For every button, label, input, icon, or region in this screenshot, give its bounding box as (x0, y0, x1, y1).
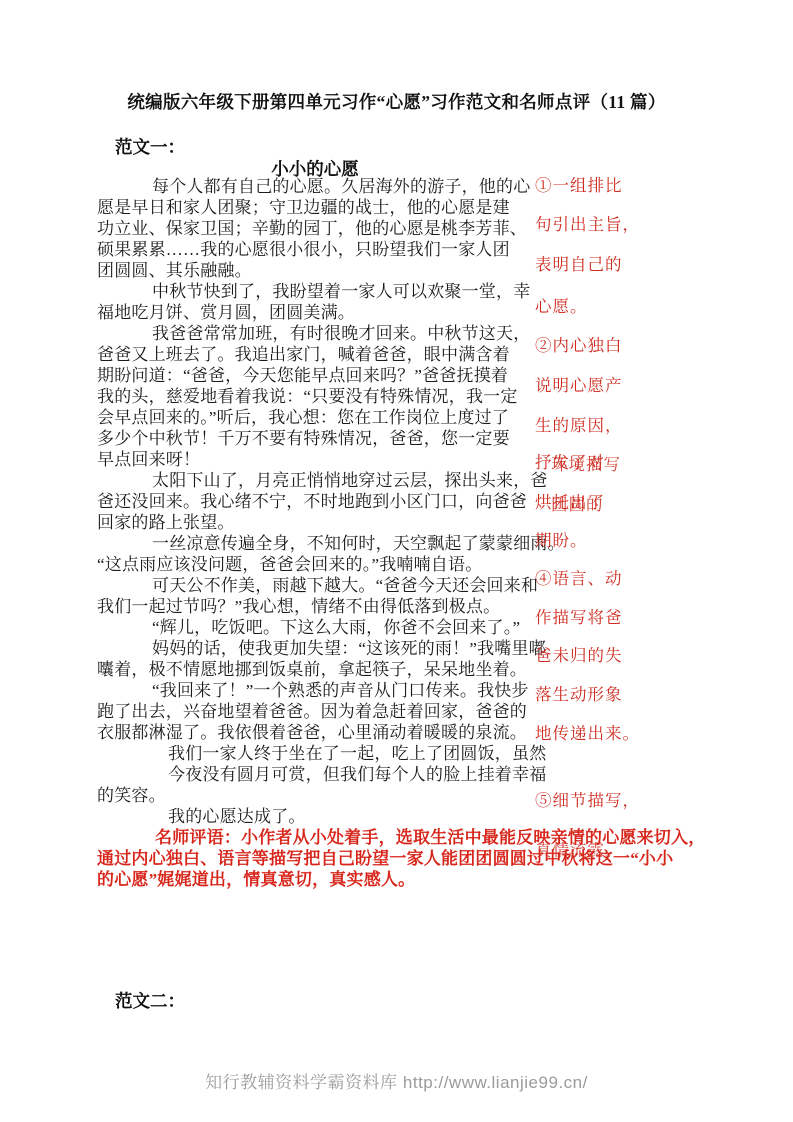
essay-line: 我爸爸常常加班，有时很晚才回来。中秋节这天， (97, 323, 567, 344)
essay-line: “我回来了！”一个熟悉的声音从门口传来。我快步 (97, 680, 567, 701)
essay-line: 今夜没有圆月可赏，但我们每个人的脸上挂着幸福 (97, 764, 567, 785)
watermark-footer: 知行教辅资料学霸资料库 http://www.lianjie99.cn/ (0, 1068, 793, 1093)
margin-note-line: ②内心独白 (535, 335, 623, 356)
margin-note-line: 心愿。 (535, 296, 588, 317)
essay-line: 的笑容。 (97, 785, 567, 806)
essay-line: 我的心愿达成了。 (97, 806, 567, 827)
essay-line: 爸爸又上班去了。我追出家门，喊着爸爸，眼中满含着 (97, 344, 567, 365)
essay-line: 妈妈的话，使我更加失望：“这该死的雨！”我嘴里嘟 (97, 638, 567, 659)
essay-line: 衣服都淋湿了。我依偎着爸爸，心里涌动着暖暖的泉流。 (97, 722, 567, 743)
essay-line: 一丝凉意传遍全身，不知何时，天空飘起了蒙蒙细雨。 (97, 533, 567, 554)
margin-note-line: 作描写将爸 (535, 607, 623, 628)
margin-note-line: 表明自己的 (535, 254, 623, 275)
essay-body: 每个人都有自己的心愿。久居海外的游子，他的心 愿是早日和家人团聚；守卫边疆的战士… (97, 176, 567, 827)
margin-note-line: ①一组排比 (535, 175, 623, 196)
essay-line: 可天公不作美，雨越下越大。“爸爸今天还会回来和 (97, 575, 567, 596)
essay-line: 硕果累累……我的心愿很小很小，只盼望我们一家人团 (97, 239, 567, 260)
essay-line: 早点回来呀！ (97, 449, 567, 470)
essay-line: 囔着，极不情愿地挪到饭桌前，拿起筷子，呆呆地坐着。 (97, 659, 567, 680)
essay-line: 每个人都有自己的心愿。久居海外的游子，他的心 (97, 176, 567, 197)
margin-note-line-overlap: 真情流露。 (535, 840, 623, 861)
section-label-fanwen1: 范文一： (115, 137, 185, 158)
essay-line: 我们一起过节吗？”我心想，情绪不由得低落到极点。 (97, 596, 567, 617)
document-title: 统编版六年级下册第四单元习作“心愿”习作范文和名师点评（11 篇） (0, 89, 793, 114)
essay-line: 跑了出去，兴奋地望着爸爸。因为着急赶着回家，爸爸的 (97, 701, 567, 722)
margin-note-line: 说明心愿产 (535, 375, 623, 396)
essay-line: 中秋节快到了，我盼望着一家人可以欢聚一堂，幸 (97, 281, 567, 302)
essay-line: 太阳下山了，月亮正悄悄地穿过云层，探出头来，爸 (97, 470, 567, 491)
essay-line: “辉儿，吃饭吧。下这么大雨，你爸不会回来了。” (97, 617, 567, 638)
margin-note-line: 句引出主旨， (535, 214, 640, 235)
margin-note-line-overlap: 环境描写 (551, 454, 621, 475)
margin-note-line: 期盼。 (535, 530, 588, 551)
section-label-fanwen2: 范文二： (115, 991, 185, 1012)
margin-note-line: ⑤细节描写， (535, 790, 640, 811)
teacher-comment-line: 名师评语：小作者从小处着手，选取生活中最能反映亲情的心愿来切入， (97, 827, 717, 848)
essay-line: 爸还没回来。我心绪不宁，不时地跑到小区门口，向爸爸 (97, 491, 567, 512)
margin-note-line-overlap: 团圆的 (551, 494, 604, 515)
essay-line: 期盼问道：“爸爸，今天您能早点回来吗？”爸爸抚摸着 (97, 365, 567, 386)
teacher-comment-line: 通过内心独白、语言等描写把自己盼望一家人能团团圆圆过中秋将这一“小小 (97, 848, 717, 869)
margin-note-line: ④语言、动 (535, 568, 623, 589)
margin-note-line: 爸未归的失 (535, 645, 623, 666)
teacher-comment: 名师评语：小作者从小处着手，选取生活中最能反映亲情的心愿来切入， 通过内心独白、… (97, 827, 717, 890)
teacher-comment-line: 的心愿”娓娓道出，情真意切，真实感人。 (97, 869, 717, 890)
essay-line: 我们一家人终于坐在了一起，吃上了团圆饭，虽然 (97, 743, 567, 764)
essay-line: 功立业、保家卫国；辛勤的园丁，他的心愿是桃李芳菲、 (97, 218, 567, 239)
margin-note-line: 地传递出来。 (535, 723, 640, 744)
essay-line: 我的头，慈爱地看着我说：“只要没有特殊情况，我一定 (97, 386, 567, 407)
essay-line: 愿是早日和家人团聚；守卫边疆的战士，他的心愿是建 (97, 197, 567, 218)
essay-line: 福地吃月饼、赏月圆，团圆美满。 (97, 302, 567, 323)
document-page: 统编版六年级下册第四单元习作“心愿”习作范文和名师点评（11 篇） 范文一： 小… (0, 0, 793, 1122)
essay-line: 多少个中秋节！千万不要有特殊情况，爸爸，您一定要 (97, 428, 567, 449)
essay-line: “这点雨应该没问题，爸爸会回来的。”我喃喃自语。 (97, 554, 567, 575)
margin-note-line: 落生动形象 (535, 684, 623, 705)
margin-note-line: 生的原因， (535, 415, 623, 436)
essay-line: 会早点回来的。”听后，我心想：您在工作岗位上度过了 (97, 407, 567, 428)
essay-line: 团圆圆、其乐融融。 (97, 260, 567, 281)
essay-line: 回家的路上张望。 (97, 512, 567, 533)
